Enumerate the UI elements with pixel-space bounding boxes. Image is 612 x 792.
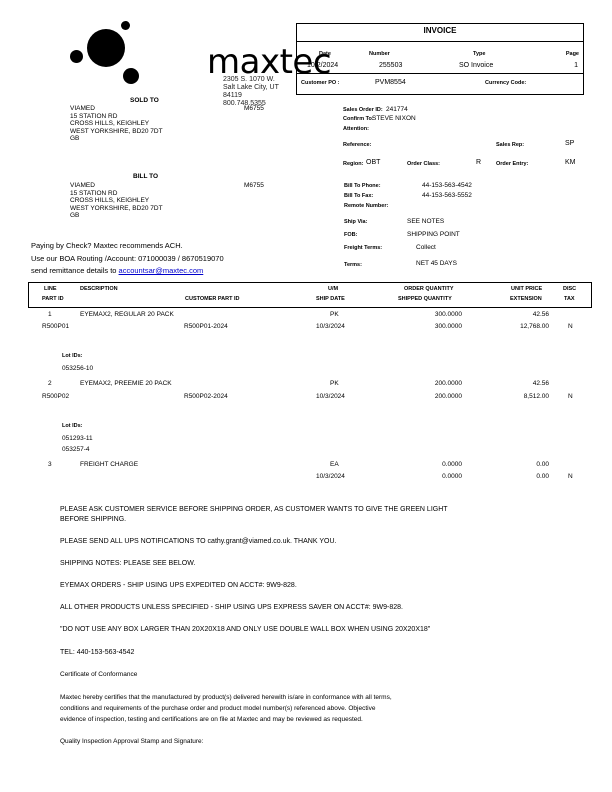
type-label: Type [473, 51, 485, 57]
sales-rep: SP [565, 140, 574, 147]
row-extension: 12,768.00 [520, 323, 549, 330]
date-label: Date [319, 51, 331, 57]
row-tax: N [568, 393, 573, 400]
sold-to-heading: SOLD TO [130, 97, 159, 104]
terms: NET 45 DAYS [416, 260, 457, 267]
logo-dot-small-bottom [123, 68, 139, 84]
address-line: CROSS HILLS, KEIGHLEY [70, 120, 163, 128]
note-line: PLEASE ASK CUSTOMER SERVICE BEFORE SHIPP… [60, 506, 448, 513]
col-unit-price: UNIT PRICE [511, 286, 542, 292]
payment-note-line: Paying by Check? Maxtec recommends ACH. [31, 240, 224, 253]
address-line: GB [70, 212, 163, 220]
note-line: ALL OTHER PRODUCTS UNLESS SPECIFIED - SH… [60, 604, 403, 611]
lot-id: 053256-10 [62, 365, 93, 372]
lot-id: 053257-4 [62, 446, 89, 453]
logo-dot-small-left [70, 50, 83, 63]
region: OBT [366, 159, 380, 166]
attention-label: Attention: [343, 126, 369, 132]
page-label: Page [566, 51, 579, 57]
note-line: "DO NOT USE ANY BOX LARGER THAN 20X20X18… [60, 626, 430, 633]
lot-ids-label: Lot IDs: [62, 423, 82, 429]
order-class-label: Order Class: [407, 161, 440, 167]
sales-order-id-label: Sales Order ID: [343, 107, 383, 113]
col-extension: EXTENSION [510, 296, 542, 302]
invoice-title: INVOICE [297, 26, 583, 35]
col-shipped-quantity: SHIPPED QUANTITY [398, 296, 452, 302]
address-line: 15 STATION RD [70, 113, 163, 121]
row-tax: N [568, 323, 573, 330]
payment-note-line: Use our BOA Routing /Account: 071000039 … [31, 253, 224, 266]
row-order-quantity: 200.0000 [435, 380, 462, 387]
logo-dot-small-top [121, 21, 130, 30]
sales-order-id: 241774 [386, 106, 408, 113]
address-line: VIAMED [70, 105, 163, 113]
invoice-type: SO Invoice [459, 62, 493, 69]
ship-via-label: Ship Via: [344, 219, 367, 225]
row-unit-price: 42.56 [533, 311, 549, 318]
row-um: PK [330, 311, 339, 318]
certificate-heading: Certificate of Conformance [60, 671, 137, 678]
sold-to-address: VIAMED 15 STATION RD CROSS HILLS, KEIGHL… [70, 105, 163, 143]
row-ship-date: 10/3/2024 [316, 473, 345, 480]
bill-to-fax-label: Bill To Fax: [344, 193, 373, 199]
remittance-text: send remittance details to [31, 266, 119, 275]
row-order-quantity: 300.0000 [435, 311, 462, 318]
certificate-text: evidence of inspection, testing and cert… [60, 716, 363, 723]
certificate-text: Maxtec hereby certifies that the manufac… [60, 694, 392, 701]
col-disc: DISC [563, 286, 576, 292]
terms-label: Terms: [344, 262, 362, 268]
currency-code-label: Currency Code: [485, 80, 526, 86]
row-line: 1 [48, 311, 52, 318]
page-number: 1 [574, 62, 578, 69]
customer-po: PVM8554 [375, 79, 406, 86]
row-ship-date: 10/3/2024 [316, 393, 345, 400]
order-entry-label: Order Entry: [496, 161, 528, 167]
col-um: U/M [328, 286, 338, 292]
address-line: VIAMED [70, 182, 163, 190]
invoice-date: 10/2/2024 [307, 62, 338, 69]
bill-to-phone: 44-153-563-4542 [422, 182, 472, 189]
address-line: WEST YORKSHIRE, BD20 7DT [70, 205, 163, 213]
bill-to-address: VIAMED 15 STATION RD CROSS HILLS, KEIGHL… [70, 182, 163, 220]
row-shipped-quantity: 300.0000 [435, 323, 462, 330]
invoice-header-box: INVOICE Date Number Type Page 10/2/2024 … [296, 23, 584, 95]
remote-number-label: Remote Number: [344, 203, 388, 209]
company-logo: maxtec 2305 S. 1070 W. Salt Lake City, U… [65, 20, 285, 95]
col-description: DESCRIPTION [80, 286, 118, 292]
note-line: TEL: 440-153-563-4542 [60, 649, 134, 656]
region-label: Region: [343, 161, 363, 167]
row-um: EA [330, 461, 339, 468]
ship-via: SEE NOTES [407, 218, 444, 225]
col-order-quantity: ORDER QUANTITY [404, 286, 454, 292]
freight-terms-label: Freight Terms: [344, 245, 382, 251]
row-unit-price: 42.56 [533, 380, 549, 387]
invoice-number: 255503 [379, 62, 402, 69]
confirm-to-label: Confirm To: [343, 116, 374, 122]
note-line: SHIPPING NOTES: PLEASE SEE BELOW. [60, 560, 195, 567]
address-line: 15 STATION RD [70, 190, 163, 198]
row-description: EYEMAX2, REGULAR 20 PACK [80, 311, 174, 318]
row-tax: N [568, 473, 573, 480]
col-tax: TAX [564, 296, 575, 302]
company-address-line: Salt Lake City, UT 84119 [223, 84, 285, 100]
freight-terms: Collect [416, 244, 436, 251]
col-customer-part-id: CUSTOMER PART ID [185, 296, 240, 302]
order-class: R [476, 159, 481, 166]
sales-rep-label: Sales Rep: [496, 142, 524, 148]
row-line: 3 [48, 461, 52, 468]
quality-approval-label: Quality Inspection Approval Stamp and Si… [60, 738, 203, 745]
row-order-quantity: 0.0000 [442, 461, 462, 468]
col-line: LINE [44, 286, 57, 292]
lot-id: 051293-11 [62, 435, 93, 442]
company-address-line: 2305 S. 1070 W. [223, 76, 285, 84]
divider [297, 41, 583, 42]
bill-to-fax: 44-153-563-5552 [422, 192, 472, 199]
number-label: Number [369, 51, 390, 57]
address-line: WEST YORKSHIRE, BD20 7DT [70, 128, 163, 136]
address-line: CROSS HILLS, KEIGHLEY [70, 197, 163, 205]
row-customer-part-id: R500P01-2024 [184, 323, 228, 330]
lot-ids-label: Lot IDs: [62, 353, 82, 359]
row-extension: 8,512.00 [524, 393, 549, 400]
row-part-id: R500P02 [42, 393, 69, 400]
remittance-email-link[interactable]: accountsar@maxtec.com [119, 266, 204, 275]
row-description: FREIGHT CHARGE [80, 461, 138, 468]
row-part-id: R500P01 [42, 323, 69, 330]
row-ship-date: 10/3/2024 [316, 323, 345, 330]
divider [297, 73, 583, 74]
col-part-id: PART ID [42, 296, 64, 302]
bill-to-heading: BILL TO [133, 173, 158, 180]
row-customer-part-id: R500P02-2024 [184, 393, 228, 400]
payment-note-line: send remittance details to accountsar@ma… [31, 265, 224, 278]
sold-to-customer-id: M6755 [244, 105, 264, 112]
col-ship-date: SHIP DATE [316, 296, 345, 302]
note-line: PLEASE SEND ALL UPS NOTIFICATIONS TO cat… [60, 538, 336, 545]
bill-to-customer-id: M6755 [244, 182, 264, 189]
row-shipped-quantity: 200.0000 [435, 393, 462, 400]
certificate-text: conditions and requirements of the purch… [60, 705, 375, 712]
company-address: 2305 S. 1070 W. Salt Lake City, UT 84119… [223, 76, 285, 108]
logo-dot-large [87, 29, 125, 67]
row-um: PK [330, 380, 339, 387]
row-line: 2 [48, 380, 52, 387]
address-line: GB [70, 135, 163, 143]
fob: SHIPPING POINT [407, 231, 460, 238]
row-extension: 0.00 [536, 473, 549, 480]
fob-label: FOB: [344, 232, 357, 238]
note-line: EYEMAX ORDERS - SHIP USING UPS EXPEDITED… [60, 582, 297, 589]
bill-to-phone-label: Bill To Phone: [344, 183, 381, 189]
customer-po-label: Customer PO : [301, 80, 340, 86]
row-unit-price: 0.00 [536, 461, 549, 468]
row-description: EYEMAX2, PREEMIE 20 PACK [80, 380, 172, 387]
confirm-to: STEVE NIXON [372, 115, 416, 122]
order-entry: KM [565, 159, 576, 166]
note-line: BEFORE SHIPPING. [60, 516, 126, 523]
row-shipped-quantity: 0.0000 [442, 473, 462, 480]
payment-note: Paying by Check? Maxtec recommends ACH. … [31, 240, 224, 278]
reference-label: Reference: [343, 142, 371, 148]
